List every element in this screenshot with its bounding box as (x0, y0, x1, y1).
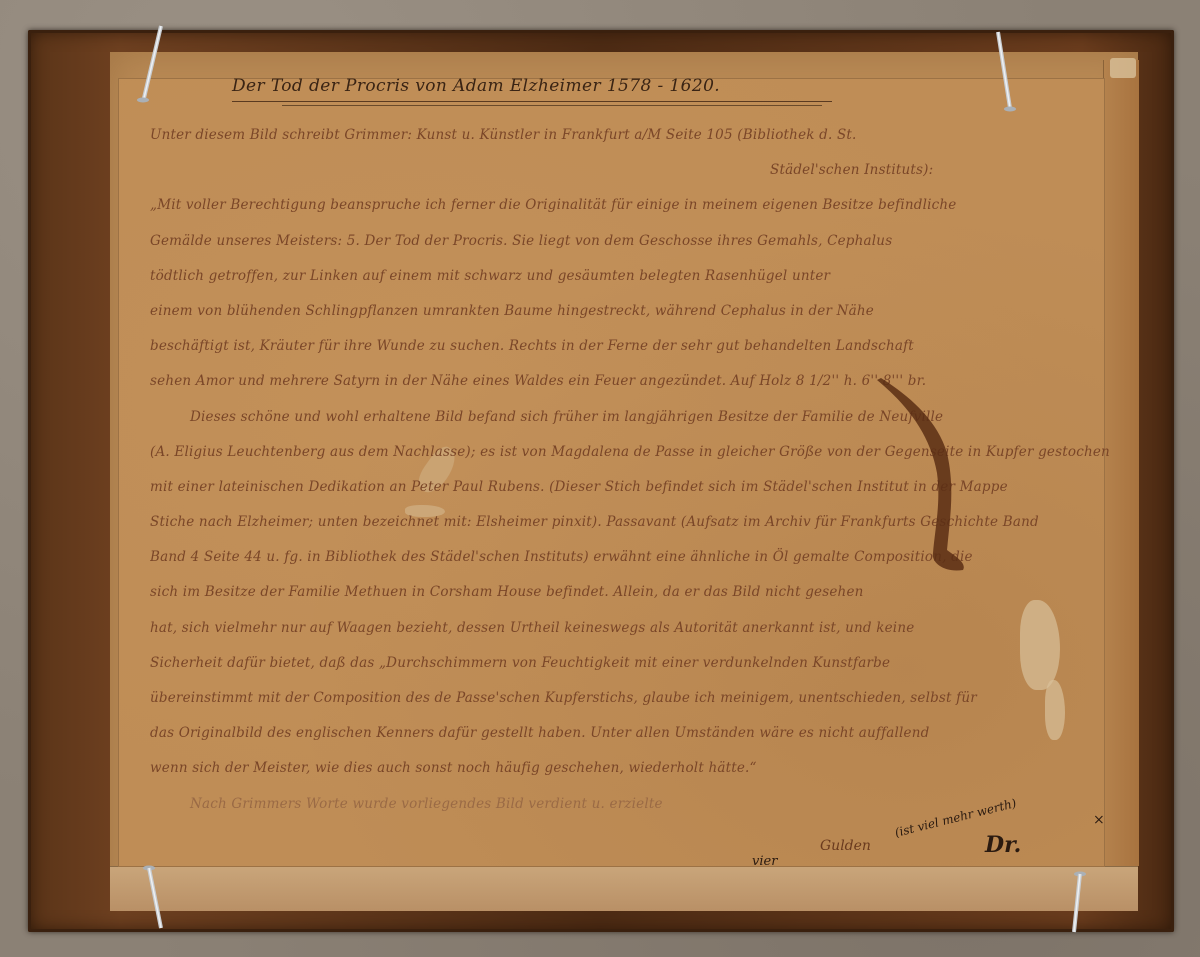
ink-stain (875, 378, 970, 578)
title-underline (282, 105, 822, 106)
text-line: wenn sich der Meister, wie dies auch son… (150, 751, 1110, 786)
annotation-mark: × (1093, 812, 1105, 828)
text-line: sich im Besitze der Familie Methuen in C… (150, 575, 1110, 610)
text-line: Städel'schen Instituts): (150, 153, 1110, 188)
nail-icon (143, 864, 167, 930)
text-line: Unter diesem Bild schreibt Grimmer: Kuns… (150, 118, 1110, 153)
text-line: tödtlich getroffen, zur Linken auf einem… (150, 259, 1110, 294)
worn-patch (1110, 58, 1136, 78)
annotation-currency: Gulden (820, 838, 871, 854)
text-line: das Originalbild des englischen Kenners … (150, 716, 1110, 751)
text-line: Gemälde unseres Meisters: 5. Der Tod der… (150, 224, 1110, 259)
text-line: einem von blühenden Schlingpflanzen umra… (150, 294, 1110, 329)
text-line: Sicherheit dafür bietet, daß das „Durchs… (150, 646, 1110, 681)
text-line: beschäftigt ist, Kräuter für ihre Wunde … (150, 329, 1110, 364)
title-underline (232, 101, 832, 102)
text-line: hat, sich vielmehr nur auf Waagen bezieh… (150, 611, 1110, 646)
backing-board-bottom-strip (110, 866, 1138, 911)
text-line: „Mit voller Berechtigung beanspruche ich… (150, 188, 1110, 223)
annotation-amount: vier (752, 854, 777, 869)
nail-icon (1064, 870, 1088, 934)
nail-icon (994, 30, 1020, 114)
nail-icon (136, 24, 166, 106)
text-line: übereinstimmt mit der Composition des de… (150, 681, 1110, 716)
document-title: Der Tod der Procris von Adam Elzheimer 1… (232, 76, 720, 96)
annotation-signature: Dr. (985, 832, 1021, 858)
